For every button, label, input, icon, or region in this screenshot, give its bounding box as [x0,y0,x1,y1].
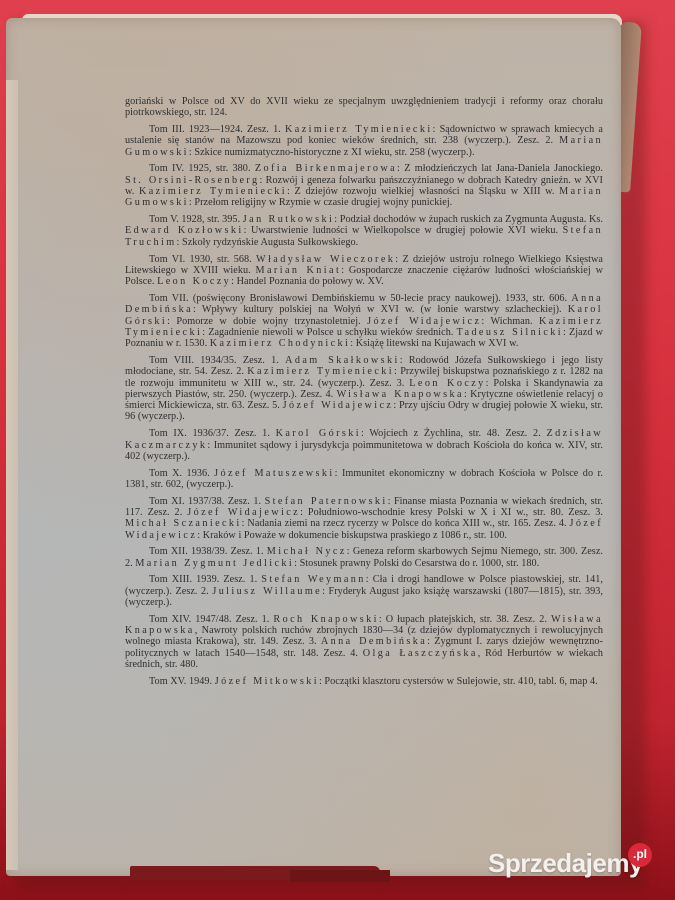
volume-label: Tom XI. 1937/38. Zesz. 1. [149,496,265,507]
author-name: Olga Łaszczyńska [363,648,478,659]
author-name: Karol Górski [276,428,361,439]
author-name: Juliusz Willaume [212,586,322,597]
author-name: Leon Koczy [157,276,231,287]
work-title: : Południowo-wschodnie kresy Polski w X … [300,507,603,518]
work-title: : Nadania ziemi na rzecz rycerzy w Polsc… [242,518,570,529]
author-name: Józef Widajewicz [187,507,300,518]
volume-entry: Tom V. 1928, str. 395. Jan Rutkowski: Po… [125,214,603,248]
volume-entry: Tom VII. (poświęcony Bronisławowi Dembiń… [125,293,603,349]
volume-entry: Tom XV. 1949. Józef Mitkowski: Początki … [125,676,603,687]
author-name: Marian Zygmunt Jedlicki [135,558,294,569]
author-name: Roch Knapowski [273,614,378,625]
volume-entry: Tom IX. 1936/37. Zesz. 1. Karol Górski: … [125,428,603,462]
work-title: : Początki klasztoru cystersów w Sulejow… [319,676,598,687]
author-name: Anna Dembińska [321,636,427,647]
volume-label: Tom VI. 1930, str. 568. [149,254,256,265]
torn-bottom-edge [290,870,390,882]
work-title: : Wpływy kultury polskiej na Wołyń w XVI… [193,304,568,315]
volume-entry: Tom X. 1936. Józef Matuszewski: Immunite… [125,468,603,491]
work-title: : Z młodzieńczych lat Jana-Daniela Janoc… [397,163,603,174]
author-name: Józef Widajewicz [367,316,481,327]
work-title: : Wichman. [481,316,539,327]
author-name: Michał Nycz [267,546,347,557]
author-name: Edward Kozłowski [125,225,244,236]
author-name: Marian Kniat [256,265,342,276]
author-name: Kazimierz Tymieniecki [285,124,433,135]
cover-left-edge [6,80,18,870]
volume-label: Tom VII. (poświęcony Bronisławowi Dembiń… [149,293,571,304]
work-title: : Książę litewski na Kujawach w XVI w. [350,338,518,349]
author-name: St. Orsini-Rosenberg [125,175,259,186]
publication-list: goriański w Polsce od XV do XVII wieku z… [125,96,603,693]
volume-entry: Tom XIII. 1939. Zesz. 1. Stefan Weymann:… [125,574,603,608]
volume-label: Tom XII. 1938/39. Zesz. 1. [149,546,267,557]
work-title: : Przełom religijny w Rzymie w czasie dr… [189,197,452,208]
work-title: : Zagadnienie niewoli w Polsce u schyłku… [202,327,456,338]
author-name: Kazimierz Tymieniecki [139,186,287,197]
author-name: Józef Widajewicz [283,400,394,411]
volume-label: Tom XIV. 1947/48. Zesz. 1. [149,614,273,625]
work-title: : Szkice numizmatyczno-historyczne z XI … [189,147,475,158]
volume-label: Tom XIII. 1939. Zesz. 1. [149,574,261,585]
work-title: : Pomorze w dobie wojny trzynastoletniej… [167,316,367,327]
author-name: Wisława Knapowska [337,389,464,400]
volume-entry: Tom III. 1923—1924. Zesz. 1. Kazimierz T… [125,124,603,158]
work-title: : Szkoły rydzyńskie Augusta Sułkowskiego… [177,237,359,248]
volume-label: Tom V. 1928, str. 395. [149,214,243,225]
work-title: : Z dziejów rozwoju wielkiej własności n… [287,186,559,197]
author-name: Tadeusz Silnicki [457,327,563,338]
sprzedajemy-watermark: Sprzedajemy [488,848,643,879]
watermark-tld-badge: .pl [628,843,652,867]
author-name: Władysław Wieczorek [256,254,395,265]
intro-paragraph: goriański w Polsce od XV do XVII wieku z… [125,96,603,119]
author-name: Józef Matuszewski [214,468,334,479]
volume-label: Tom III. 1923—1924. Zesz. 1. [149,124,285,135]
volume-label: Tom IX. 1936/37. Zesz. 1. [149,428,276,439]
work-title: : Podział dochodów w żupach ruskich za Z… [334,214,603,225]
work-title: : Uwarstwienie ludności w Wielkopolsce w… [244,225,563,236]
volume-label: Tom XV. 1949. [149,676,215,687]
volume-entry: Tom XI. 1937/38. Zesz. 1. Stefan Paterno… [125,496,603,541]
work-title: : Wojciech z Żychlina, str. 48. Zesz. 2. [361,428,547,439]
volume-entry: Tom VIII. 1934/35. Zesz. 1. Adam Skałkow… [125,355,603,423]
author-name: Józef Mitkowski [215,676,319,687]
author-name: Stefan Paternowski [265,496,388,507]
author-name: Adam Skałkowski [285,355,400,366]
author-name: Zofia Birkenmajerowa [255,163,397,174]
volume-entry: Tom XII. 1938/39. Zesz. 1. Michał Nycz: … [125,546,603,569]
volume-label: Tom IV. 1925, str. 380. [149,163,255,174]
work-title: : Stosunek prawny Polski do Cesarstwa do… [294,558,539,569]
work-title: : Kraków i Poważe w dokumencie biskupstw… [197,530,507,541]
volume-label: Tom VIII. 1934/35. Zesz. 1. [149,355,285,366]
volume-entry: Tom XIV. 1947/48. Zesz. 1. Roch Knapowsk… [125,614,603,670]
author-name: Stefan Weymann [261,574,366,585]
author-name: Michał Sczaniecki [125,518,242,529]
work-title: : Handel Poznania do połowy w. XV. [231,276,384,287]
volume-entry: Tom VI. 1930, str. 568. Władysław Wieczo… [125,254,603,288]
author-name: Jan Rutkowski [243,214,335,225]
author-name: Kazimierz Chodynicki [210,338,351,349]
volume-label: Tom X. 1936. [149,468,214,479]
author-name: Kazimierz Tymieniecki [247,366,394,377]
work-title: : O łupach płatejskich, str. 38. Zesz. 2… [379,614,551,625]
volume-entry: Tom IV. 1925, str. 380. Zofia Birkenmaje… [125,163,603,208]
volume-entries: Tom III. 1923—1924. Zesz. 1. Kazimierz T… [125,124,603,687]
author-name: Leon Koczy [409,378,485,389]
